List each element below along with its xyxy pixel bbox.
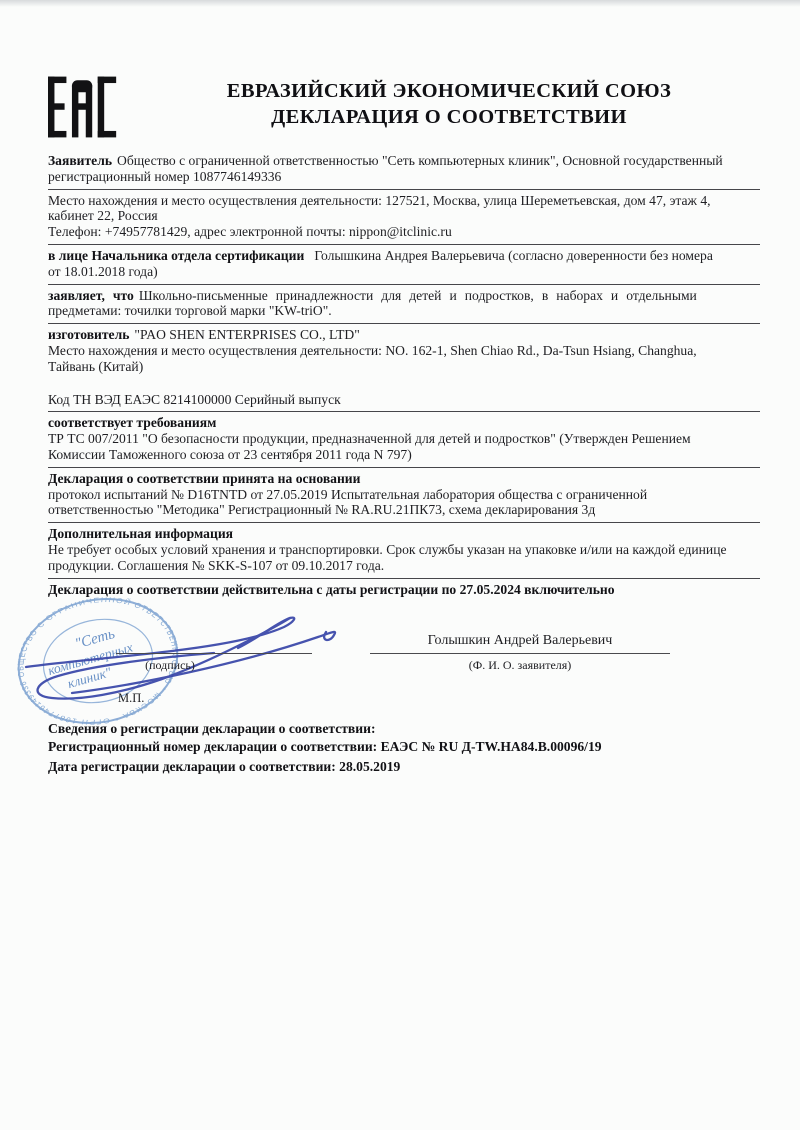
registration-date-line: Дата регистрации декларации о соответств… xyxy=(48,759,760,775)
requirements-line-2: Комиссии Таможенного союза от 23 сентябр… xyxy=(48,447,760,463)
fio-caption: (Ф. И. О. заявителя) xyxy=(370,658,670,673)
declaration-object-section: заявляет, чтоШкольно-письменные принадле… xyxy=(48,285,760,325)
tnved-code-line: Код ТН ВЭД ЕАЭС 8214100000 Серийный выпу… xyxy=(48,392,760,408)
basis-heading: Декларация о соответствии принята на осн… xyxy=(48,471,760,487)
declaration-document: ЕВРАЗИЙСКИЙ ЭКОНОМИЧЕСКИЙ СОЮЗ ДЕКЛАРАЦИ… xyxy=(0,74,800,775)
applicant-text-2: регистрационный номер 1087746149336 xyxy=(48,169,760,185)
requirements-heading: соответствует требованиям xyxy=(48,415,760,431)
address-line-1: Место нахождения и место осуществления д… xyxy=(48,193,760,209)
phone-line: Телефон: +74957781429, адрес электронной… xyxy=(48,224,760,240)
requirements-section: соответствует требованиям ТР ТС 007/2011… xyxy=(48,412,760,467)
declares-label: заявляет, что xyxy=(48,288,134,303)
additional-info-line-1: Не требует особых условий хранения и тра… xyxy=(48,542,760,558)
applicant-section: ЗаявительОбщество с ограниченной ответст… xyxy=(48,150,760,190)
representative-label: в лице Начальника отдела сертификации xyxy=(48,248,304,263)
scan-top-edge xyxy=(0,0,800,7)
manufacturer-address-2: Тайвань (Китай) xyxy=(48,359,760,375)
fio-line xyxy=(370,653,670,654)
document-title: ДЕКЛАРАЦИЯ О СООТВЕТСТВИИ xyxy=(128,104,770,130)
address-section: Место нахождения и место осуществления д… xyxy=(48,190,760,245)
additional-info-line-2: продукции. Соглашения № SKK-S-107 от 09.… xyxy=(48,558,760,574)
seal-place-mark: М.П. xyxy=(118,691,144,706)
basis-line-1: протокол испытаний № D16TNTD от 27.05.20… xyxy=(48,487,760,503)
signature-line xyxy=(116,653,312,654)
representative-section: в лице Начальника отдела сертификацииГол… xyxy=(48,245,760,285)
signature-caption: (подпись) xyxy=(100,658,240,673)
signer-name: Голышкин Андрей Валерьевич xyxy=(370,633,670,649)
additional-info-section: Дополнительная информация Не требует осо… xyxy=(48,523,760,578)
signature-block: ОБЩЕСТВО С ОГРАНИЧЕННОЙ ОТВЕТСТВЕННОСТЬЮ… xyxy=(48,607,760,715)
manufacturer-address-1: Место нахождения и место осуществления д… xyxy=(48,343,760,359)
union-title: ЕВРАЗИЙСКИЙ ЭКОНОМИЧЕСКИЙ СОЮЗ xyxy=(128,78,770,104)
manufacturer-label: изготовитель xyxy=(48,327,129,342)
basis-line-2: ответственностью "Методика" Регистрацион… xyxy=(48,502,760,518)
product-description-2: предметами: точилки торговой марки "KW-t… xyxy=(48,303,760,319)
manufacturer-name: "PAO SHEN ENTERPRISES CO., LTD" xyxy=(134,327,359,342)
representative-line-2: от 18.01.2018 года) xyxy=(48,264,760,280)
document-header: ЕВРАЗИЙСКИЙ ЭКОНОМИЧЕСКИЙ СОЮЗ ДЕКЛАРАЦИ… xyxy=(48,74,760,142)
product-description: Школьно-письменные принадлежности для де… xyxy=(139,288,697,303)
requirements-line-1: ТР ТС 007/2011 "О безопасности продукции… xyxy=(48,431,760,447)
applicant-text: Общество с ограниченной ответственностью… xyxy=(117,153,723,168)
additional-info-heading: Дополнительная информация xyxy=(48,526,760,542)
representative-name: Голышкина Андрея Валерьевича (согласно д… xyxy=(314,248,713,263)
basis-section: Декларация о соответствии принята на осн… xyxy=(48,468,760,523)
manufacturer-section: изготовитель"PAO SHEN ENTERPRISES CO., L… xyxy=(48,324,760,412)
address-line-2: кабинет 22, Россия xyxy=(48,208,760,224)
title-block: ЕВРАЗИЙСКИЙ ЭКОНОМИЧЕСКИЙ СОЮЗ ДЕКЛАРАЦИ… xyxy=(128,74,770,130)
applicant-label: Заявитель xyxy=(48,153,112,168)
eac-mark-icon xyxy=(48,74,118,140)
